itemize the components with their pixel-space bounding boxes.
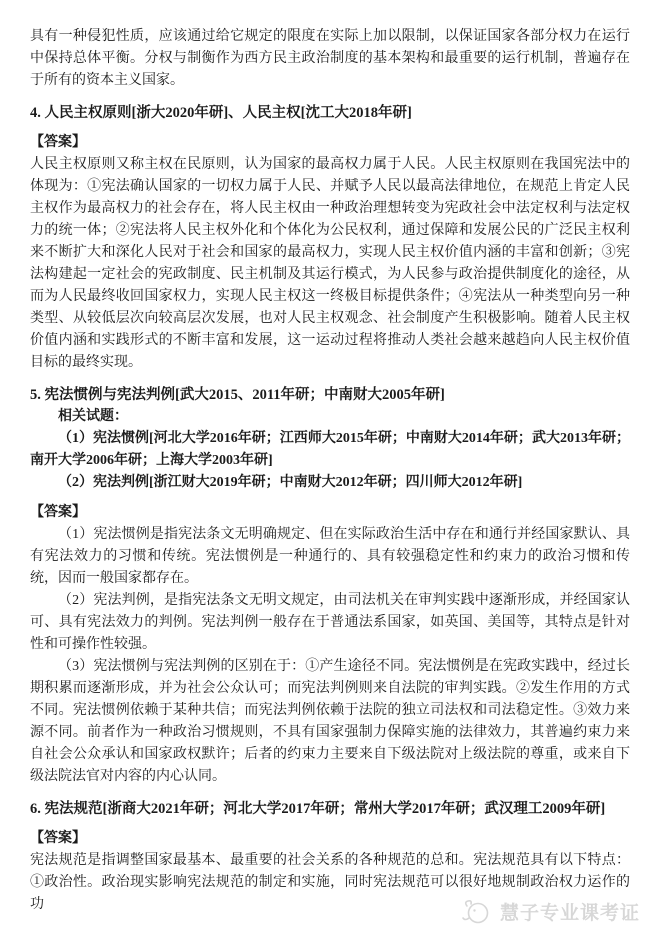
watermark: 慧子专业课考证: [461, 898, 640, 925]
answer-label: 【答案】: [30, 132, 630, 154]
document-page: 具有一种侵犯性质，应该通过给它规定的限度在实际上加以限制，以保证国家各部分权力在…: [0, 0, 660, 916]
paragraph-separation-of-powers: 具有一种侵犯性质，应该通过给它规定的限度在实际上加以限制，以保证国家各部分权力在…: [30, 26, 630, 92]
answer-label: 【答案】: [30, 502, 630, 524]
answer-label: 【答案】: [30, 828, 630, 850]
section-heading-5-constitutional-convention-precedent: 5. 宪法惯例与宪法判例[武大2015、2011年研；中南财大2005年研]: [30, 384, 630, 406]
related-question-item-1: （1）宪法惯例[河北大学2016年研；江西师大2015年研；中南财大2014年研…: [30, 428, 630, 472]
paragraph-answer-5-item-2: （2）宪法判例，是指宪法条文无明文规定，由司法机关在审判实践中逐渐形成，并经国家…: [30, 590, 630, 656]
paragraph-answer-4: 人民主权原则又称主权在民原则，认为国家的最高权力属于人民。人民主权原则在我国宪法…: [30, 154, 630, 374]
paragraph-answer-5-item-1: （1）宪法惯例是指宪法条文无明确规定、但在实际政治生活中存在和通行并经国家默认、…: [30, 524, 630, 590]
section-heading-4-popular-sovereignty: 4. 人民主权原则[浙大2020年研]、人民主权[沈工大2018年研]: [30, 102, 630, 124]
section-heading-6-constitutional-norms: 6. 宪法规范[浙商大2021年研；河北大学2017年研；常州大学2017年研；…: [30, 798, 630, 820]
related-question-item-2: （2）宪法判例[浙江财大2019年研；中南财大2012年研；四川师大2012年研…: [30, 472, 630, 494]
whale-icon: [461, 899, 495, 925]
paragraph-answer-5-item-3: （3）宪法惯例与宪法判例的区别在于：①产生途径不同。宪法惯例是在宪政实践中，经过…: [30, 656, 630, 788]
watermark-text: 慧子专业课考证: [500, 898, 640, 925]
related-questions-title: 相关试题：: [30, 406, 630, 428]
